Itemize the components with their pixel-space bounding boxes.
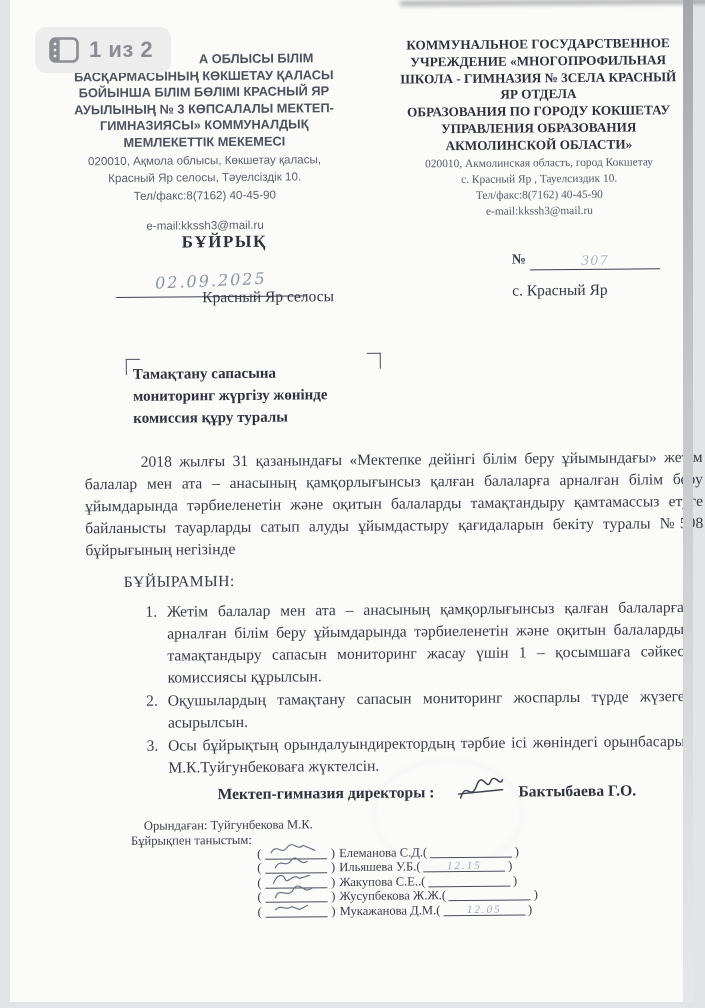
org-address-line: Тел/факс:8(7162) 40-45-90 (37, 187, 372, 204)
page-counter-label: 1 из 2 (89, 37, 153, 63)
header-left-kazakh: А ОБЛЫСЫ БІЛІМ БАСҚАРМАСЫНЫҢ КӨКШЕТАУ ҚА… (36, 50, 373, 234)
resolve-heading: БҰЙЫРАМЫН: (124, 573, 235, 592)
document-content: А ОБЛЫСЫ БІЛІМ БАСҚАРМАСЫНЫҢ КӨКШЕТАУ ҚА… (6, 0, 694, 1005)
acknowledged-list: ( ) Елеманова С.Д. ( ) ( (257, 844, 538, 919)
order-heading: БҰЙРЫҚ (182, 232, 267, 253)
signature-field: ( ) (258, 904, 336, 920)
org-address-line: 020010, Акмолинская область, город Кокше… (375, 154, 703, 171)
executor-line: Орындаған: Туйгунбекова М.К. (144, 817, 313, 833)
org-email: e-mail:kkssh3@mail.ru (375, 202, 703, 219)
acknowledged-name: Жакупова С.Е.. (339, 874, 421, 890)
order-item: Жетім балалар мен ата – анасының қамқорл… (161, 597, 685, 690)
org-title-line: АУЫЛЫНЫҢ № 3 КӨПСАЛАЛЫ МЕКТЕП- (37, 100, 372, 120)
order-subject: Тамақтану сапасына мониторинг жүргізу жө… (133, 362, 384, 430)
handwritten-date: 12.05 (436, 903, 532, 916)
director-signature (456, 778, 504, 809)
signature-scribble (269, 900, 319, 918)
org-title-line: АКМОЛИНСКОЙ ОБЛАСТИ» (375, 136, 703, 156)
subject-line: комиссия құру туралы (133, 406, 383, 430)
director-label: Мектеп-гимназия директоры : (217, 784, 434, 804)
acknowledged-name: Ильяшева У.Б. (339, 859, 416, 875)
order-items: Жетім балалар мен ата – анасының қамқорл… (139, 597, 686, 781)
director-signature-row: Мектеп-гимназия директоры : Бактыбаева Г… (217, 782, 687, 817)
org-title-line: МЕМЛЕКЕТТІК МЕКЕМЕСІ (37, 133, 372, 153)
page-edge-shadow (683, 0, 693, 1002)
acknowledged-name: Жусупбекова Ж.Ж. (339, 888, 442, 904)
handwritten-number: 307 (581, 254, 609, 269)
org-address-line: Тел/факс:8(7162) 40-45-90 (375, 186, 703, 203)
page-counter-badge[interactable]: 1 из 2 (35, 27, 171, 73)
org-title-line: ШКОЛА - ГИМНАЗИЯ № 3СЕЛА КРАСНЫЙ (374, 68, 702, 88)
header-right-russian: КОММУНАЛЬНОЕ ГОСУДАРСТВЕННОЕ УЧРЕЖДЕНИЕ … (374, 35, 704, 219)
acknowledged-name: Елеманова С.Д. (339, 845, 423, 861)
subject-line: мониторинг жүргізу жөнінде (133, 384, 383, 408)
date-field: ( 12.05 ) (436, 902, 532, 918)
order-item: Оқушылардың тамақтану сапасын мониторинг… (162, 686, 685, 735)
date-line (428, 885, 510, 887)
acknowledged-row: ( ) Мукажанова Д.М. ( 12.05 ) (258, 902, 539, 919)
org-title-line: ОБРАЗОВАНИЯ ПО ГОРОДУ КОКШЕТАУ (375, 102, 703, 122)
handwritten-date: 12.15 (416, 860, 512, 873)
date-line (430, 856, 512, 858)
number-field: № 307 (512, 249, 662, 268)
pages-icon (49, 37, 79, 63)
org-address-line: Красный Яр селосы, Тәуелсіздік 10. (37, 170, 372, 187)
number-line: 307 (530, 251, 660, 270)
org-address-line: 020010, Ақмола облысы, Көкшетау қаласы, (37, 152, 372, 169)
place-kazakh: Красный Яр селосы (202, 288, 334, 307)
acknowledged-name: Мукажанова Д.М. (340, 903, 437, 919)
document-page: А ОБЛЫСЫ БІЛІМ БАСҚАРМАСЫНЫҢ КӨКШЕТАУ ҚА… (10, 0, 689, 1002)
preamble-paragraph: 2018 жылғы 31 қазанындағы «Мектепке дейі… (85, 447, 704, 562)
place-russian: с. Красный Яр (512, 282, 608, 301)
subject-line: Тамақтану сапасына (133, 362, 383, 386)
date-line (449, 899, 531, 901)
acknowledged-label: Бұйрықпен таныстым: (131, 833, 252, 849)
date-field: ( ) (442, 887, 538, 903)
org-address-line: с. Красный Яр , Тауелсиздик 10. (375, 170, 703, 187)
date-field: ( ) (421, 873, 517, 889)
date-field: ( ) (423, 844, 519, 860)
director-name: Бактыбаева Г.О. (518, 783, 636, 802)
date-field: ( 12.15 ) (416, 859, 512, 875)
number-label: № (512, 252, 526, 267)
